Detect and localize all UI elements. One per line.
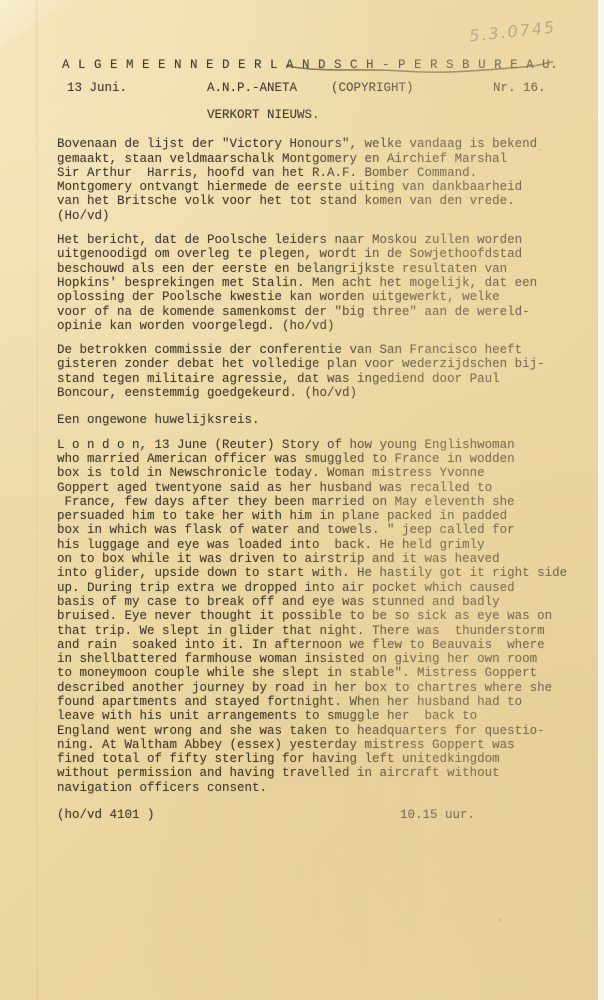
section-title: VERKORT NIEUWS. <box>207 108 590 122</box>
document-content: A L G E M E E N N E D E R L A N D S C H … <box>0 58 598 826</box>
news-item-honeymoon-story: L o n d o n, 13 June (Reuter) Story of h… <box>57 438 590 795</box>
paper-sheet: 5.3.0745 A L G E M E E N N E D E R L A N… <box>0 0 598 1000</box>
agency-header-row: A L G E M E E N N E D E R L A N D S C H … <box>62 58 590 76</box>
agency-abbreviation: A.N.P.-ANETA <box>207 81 297 95</box>
footer-row: (ho/vd 4101 ) 10.15 uur. <box>57 808 590 826</box>
strikethrough-mark <box>286 59 554 77</box>
timestamp: 10.15 uur. <box>400 808 475 822</box>
handwritten-archive-number: 5.3.0745 <box>468 17 557 45</box>
meta-row: 13 Juni. A.N.P.-ANETA (COPYRIGHT) Nr. 16… <box>57 81 590 101</box>
date-label: 13 Juni. <box>67 81 127 95</box>
copyright-label: (COPYRIGHT) <box>331 81 414 95</box>
news-item-san-francisco: De betrokken commissie der conferentie v… <box>57 343 590 400</box>
news-item-victory-honours: Bovenaan de lijst der "Victory Honours",… <box>57 137 590 223</box>
news-item-polish-leaders: Het bericht, dat de Poolsche leiders naa… <box>57 233 590 333</box>
scanned-document: 5.3.0745 A L G E M E E N N E D E R L A N… <box>0 0 604 1000</box>
issue-number: Nr. 16. <box>493 81 546 95</box>
editor-code: (ho/vd 4101 ) <box>57 808 155 822</box>
story-heading: Een ongewone huwelijksreis. <box>57 413 590 427</box>
